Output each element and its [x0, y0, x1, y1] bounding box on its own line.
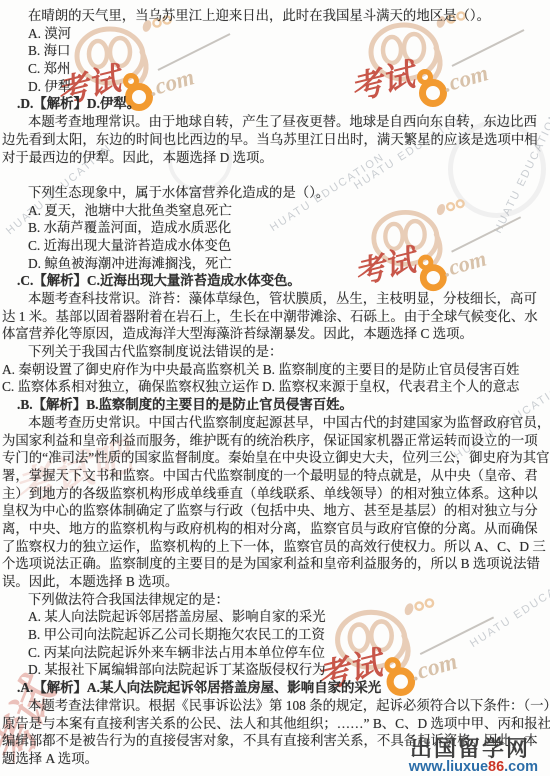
text-line: 达 1 米。基部以固着器附着在岩石上，生长在中潮带滩涂、石砾上。由于全球气候变化… — [2, 308, 548, 326]
text-line: 主）到地方的各级监察机构形成单线垂直（单线联系、单线领导）的相对独立体系。这种以 — [2, 485, 548, 503]
text-line: 本题考查地理常识。由于地球自转，产生了昼夜更替。地球是自西向东自转，东边比西 — [28, 113, 548, 131]
text-line: D. 伊犁 — [28, 78, 548, 96]
text-line: 原告是与本案有直接利害关系的公民、法人和其他组织；……” B、C、D 选项中甲、… — [2, 715, 548, 733]
text-line: A. 漠河 — [28, 25, 548, 43]
text-line: B. 水葫芦覆盖河面，造成水质恶化 — [28, 219, 548, 237]
text-line: A. 夏天，池塘中大批鱼类窒息死亡 — [28, 202, 548, 220]
text-line: 专门的“准司法”性质的国家监督制度。秦始皇在中央设立御史大夫，位列三公，御史府为… — [2, 449, 548, 467]
text-line: .D.【解析】D.伊犁。 — [17, 95, 548, 113]
liuxue86-logo: 出国留学网 www.liuxue86.com — [409, 738, 538, 775]
scanned-exam-page: HUATU EDUCATION HUATU EDUCATION HUATU ED… — [0, 0, 550, 776]
site-name: 出国留学网 — [409, 738, 530, 760]
url-highlight: 86 — [488, 759, 504, 775]
text-line: 下列关于我国古代监察制度说法错误的是： — [28, 343, 548, 361]
text-line — [2, 166, 548, 184]
text-line: 下列生态现象中，属于水体富营养化造成的是（）。 — [28, 184, 548, 202]
text-line: 对于最西边的伊犁。因此，本题选择 D 选项。 — [2, 149, 548, 167]
url-suffix: .com — [504, 759, 538, 775]
text-line: B. 甲公司向法院起诉乙公司长期拖欠农民工的工资 — [28, 626, 548, 644]
text-line: 皇权为中心的监察体制确定了监察与行政（包括中央、地方、甚至是基层）的相对独立与分 — [2, 502, 548, 520]
text-line: 离，中央、地方的监察机构与政府机构的相对分离，监察官员与政府官僚的分离。从而确保 — [2, 520, 548, 538]
text-line: 体富营养化等原因，造成海洋大型海藻浒苔绿潮暴发。因此，本题选择 C 选项。 — [2, 325, 548, 343]
exam-text-block: 在晴朗的天气里，当乌苏里江上迎来日出，此时在我国星斗满天的地区是（）。A. 漠河… — [2, 7, 548, 768]
text-line: .B.【解析】B.监察制度的主要目的是防止官员侵害百姓。 — [17, 396, 548, 414]
text-line: 署，掌握天下文书和监察。中国古代监察制度的一个最明显的特点就是，从中央（皇帝、君 — [2, 467, 548, 485]
text-line: .A.【解析】A.某人向法院起诉邻居搭盖房屋、影响自家的采光 — [17, 679, 548, 697]
site-url: www.liuxue86.com — [409, 760, 538, 775]
text-line: C. 监察体系相对独立，确保监察权独立运作 D. 监察权来源于皇权，代表君主个人… — [2, 378, 548, 396]
text-line: 个选项说法正确。监察制度的主要目的是为国家利益和皇帝利益服务的，所以 B 选项说… — [2, 555, 548, 573]
text-line: .C.【解析】C.近海出现大量浒苔造成水体变色。 — [17, 272, 548, 290]
text-line: A. 某人向法院起诉邻居搭盖房屋、影响自家的采光 — [28, 608, 548, 626]
text-line: D. 鲸鱼被海潮冲进海滩搁浅，死亡 — [28, 255, 548, 273]
text-line: 了监察权力的独立运作，监察机构的上下一体，监察官员的高效行使权力。所以 A、C、… — [2, 538, 548, 556]
text-line: 边先看到太阳，东边的时间也比西边的早。当乌苏里江日出时，满天繁星的应该是选项中相 — [2, 131, 548, 149]
url-prefix: www.liuxue — [409, 759, 488, 775]
text-line: D. 某报社下属编辑部向法院起诉丁某盗版侵权行为 — [28, 661, 548, 679]
text-line: 本题考查历史常识。中国古代监察制度起源甚早，中国古代的封建国家为监督政府官员， — [28, 414, 548, 432]
text-line: C. 丙某向法院起诉外来车辆非法占用本单位停车位 — [28, 644, 548, 662]
text-line: A. 秦朝设置了御史府作为中央最高监察机关 B. 监察制度的主要目的是防止官员侵… — [2, 361, 548, 379]
text-line: B. 海口 — [28, 42, 548, 60]
text-line: 在晴朗的天气里，当乌苏里江上迎来日出，此时在我国星斗满天的地区是（）。 — [28, 7, 548, 25]
text-line: 为国家利益和皇帝利益而服务，维护既有的统治秩序，保证国家机器正常运转而设立的一项 — [2, 432, 548, 450]
text-line: 本题考查科技常识。浒苔：藻体草绿色，管状膜质，丛生，主枝明显，分枝细长，高可 — [28, 290, 548, 308]
text-line: 误。因此，本题选择 B 选项。 — [2, 573, 548, 591]
text-line: C. 郑州 — [28, 60, 548, 78]
text-line: C. 近海出现大量浒苔造成水体变色 — [28, 237, 548, 255]
text-line: 下列做法符合我国法律规定的是： — [28, 591, 548, 609]
text-line: 本题考查法律常识。根据《民事诉讼法》第 108 条的规定，起诉必须符合以下条件：… — [28, 697, 548, 715]
